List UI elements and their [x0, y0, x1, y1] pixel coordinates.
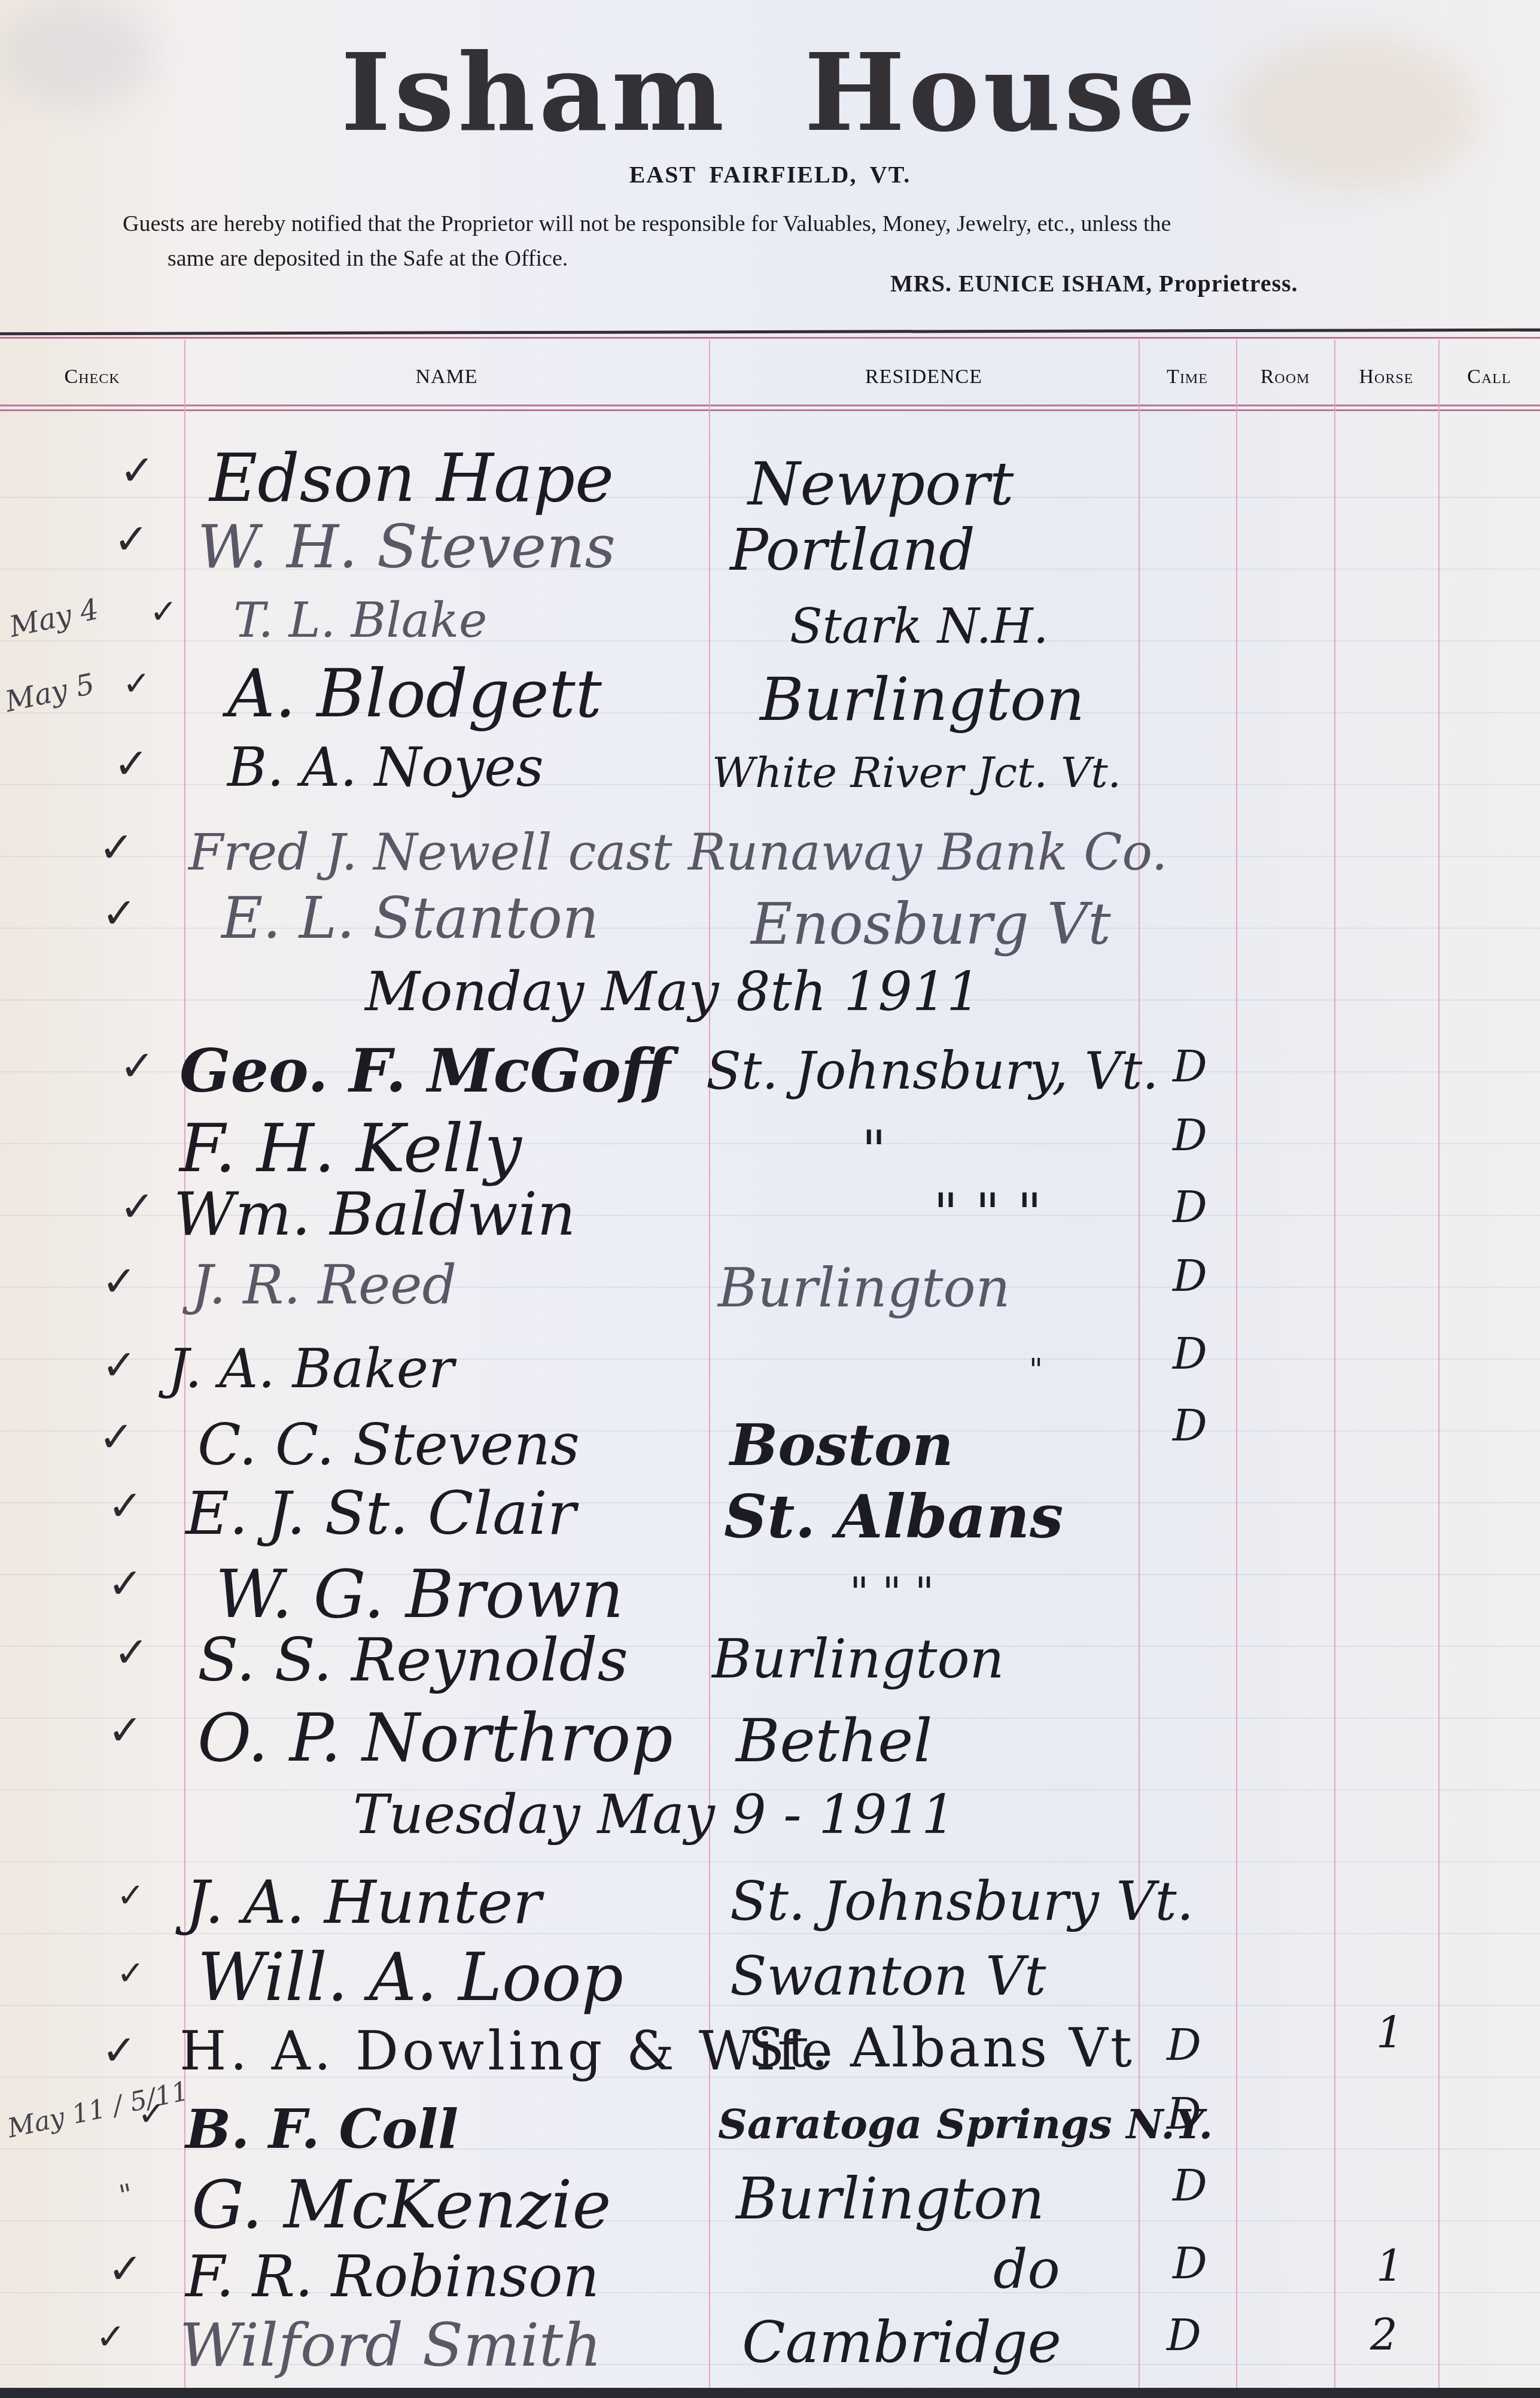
guest-residence: St. Johnsbury Vt.: [730, 1870, 1194, 1933]
ruled-line: [0, 640, 1540, 642]
check-mark: ✓: [114, 1628, 149, 1677]
guest-name: H. A. Dowling & Wife: [179, 2020, 836, 2083]
check-mark: ✓: [123, 664, 151, 703]
guest-residence: St. Albans: [724, 1481, 1063, 1552]
column-header-residence: RESIDENCE: [709, 359, 1139, 395]
check-mark: ✓: [117, 1954, 145, 1993]
register-title: Isham House: [0, 30, 1540, 155]
guest-name: S. S. Reynolds: [197, 1625, 628, 1695]
check-mark: ✓: [150, 592, 178, 631]
notice-line-1: Guests are hereby notified that the Prop…: [123, 211, 1171, 236]
time-meal-mark: D: [1173, 1110, 1207, 1160]
guest-residence: Newport: [748, 449, 1014, 519]
column-header-time: Time: [1139, 359, 1236, 395]
guest-name: A. Blodgett: [227, 655, 602, 732]
guest-name: Geo. F. McGoff: [179, 1035, 671, 1106]
check-mark: ✓: [102, 1257, 137, 1306]
horse-count: 1: [1376, 2241, 1404, 2291]
guest-name: W. G. Brown: [215, 1556, 623, 1633]
check-mark: ✓: [120, 1182, 155, 1231]
guest-name: G. McKenzie: [191, 2166, 611, 2243]
guest-residence: Swanton Vt: [730, 1945, 1046, 2008]
ruled-line: [0, 1861, 1540, 1862]
guest-name: J. A. Baker: [168, 1338, 454, 1400]
guest-residence: ": [862, 1119, 886, 1182]
column-header-name: NAME: [184, 359, 709, 395]
guest-residence: Burlington: [736, 2166, 1045, 2232]
header-rule-top-inner: [0, 337, 1540, 339]
guest-name: O. P. Northrop: [197, 1700, 673, 1776]
check-mark: ✓: [108, 1706, 143, 1755]
check-mark: ✓: [108, 1559, 143, 1608]
guest-residence: do: [993, 2238, 1060, 2301]
guest-residence: " " ": [933, 1182, 1042, 1245]
column-divider: [1334, 340, 1335, 2388]
guest-name: C. C. Stevens: [197, 1412, 580, 1478]
margin-ditto-mark: ": [116, 2177, 136, 2212]
guest-name: Fred J. Newell cast Runaway Bank Co.: [188, 823, 1167, 882]
header-rule-top: [0, 329, 1540, 336]
check-mark: ✓: [120, 446, 155, 495]
guest-name: Will. A. Loop: [197, 1939, 623, 2016]
date-heading-may-8: Monday May 8th 1911: [365, 961, 981, 1023]
check-mark: ✓: [99, 1412, 134, 1461]
hotel-location: EAST FAIRFIELD, VT.: [0, 160, 1540, 189]
guest-name: F. R. Robinson: [185, 2244, 599, 2310]
check-mark: ✓: [102, 1341, 137, 1390]
guest-residence: Boston: [730, 1412, 953, 1479]
margin-date-note: May 4: [7, 592, 102, 644]
register-page: Isham House EAST FAIRFIELD, VT. Guests a…: [0, 0, 1540, 2388]
column-divider: [1438, 340, 1439, 2388]
header-rule-bottom-inner: [0, 409, 1540, 411]
guest-name: Wm. Baldwin: [174, 1179, 576, 1249]
guest-residence: ": [1029, 1353, 1043, 1387]
guest-name: Edson Hape: [209, 440, 614, 516]
guest-residence: White River Jct. Vt.: [712, 748, 1121, 797]
guest-residence: Bethel: [736, 1706, 932, 1776]
check-mark: ✓: [108, 1481, 143, 1530]
proprietor-name: MRS. EUNICE ISHAM, Proprietress.: [890, 269, 1298, 297]
guest-name: E. L. Stanton: [221, 886, 599, 952]
guest-residence: Burlington: [718, 1257, 1011, 1320]
date-heading-may-9: Tuesday May 9 - 1911: [353, 1783, 955, 1846]
check-mark: ✓: [114, 515, 149, 564]
guest-residence: Saratoga Springs N.Y.: [718, 2101, 1213, 2148]
time-meal-mark: D: [1173, 1400, 1207, 1451]
column-divider: [1236, 340, 1237, 2388]
guest-residence: Burlington: [712, 1628, 1005, 1691]
column-header-check: Check: [0, 359, 184, 395]
time-meal-mark: D: [1167, 2089, 1201, 2139]
check-mark: ✓: [108, 2244, 143, 2293]
margin-date-note: May 5: [2, 667, 98, 719]
horse-count: 1: [1376, 2008, 1404, 2058]
guest-residence: Burlington: [760, 664, 1085, 734]
column-header-room: Room: [1236, 359, 1334, 395]
time-meal-mark: D: [1173, 2238, 1207, 2288]
check-mark: ✓: [102, 889, 137, 938]
time-meal-mark: D: [1173, 1251, 1207, 1301]
check-mark: ✓: [117, 1876, 145, 1915]
header-rule-bottom: [0, 405, 1540, 406]
guest-residence: Enosburg Vt: [751, 892, 1111, 958]
guest-residence: St. Albans Vt: [748, 2017, 1134, 2080]
guest-name: J. R. Reed: [191, 1254, 456, 1317]
guest-name: Wilford Smith: [179, 2310, 602, 2380]
guest-name: E. J. St. Clair: [185, 1478, 576, 1548]
guest-name: J. A. Hunter: [185, 1867, 541, 1937]
guest-name: B. F. Coll: [185, 2098, 458, 2161]
column-header-call: Call: [1438, 359, 1540, 395]
time-meal-mark: D: [1167, 2310, 1201, 2360]
time-meal-mark: D: [1173, 1041, 1207, 1092]
guest-residence: Cambridge: [742, 2310, 1061, 2376]
guest-residence: " " ": [850, 1568, 934, 1617]
guest-residence: St. Johnsbury, Vt.: [706, 1041, 1159, 1101]
check-mark: ✓: [99, 823, 134, 872]
guest-residence: Stark N.H.: [790, 598, 1048, 654]
guest-name: F. H. Kelly: [179, 1110, 522, 1187]
guest-name: B. A. Noyes: [227, 736, 544, 799]
check-mark: ✓: [120, 1041, 155, 1090]
check-mark: ✓: [102, 2026, 137, 2075]
time-meal-mark: D: [1167, 2020, 1201, 2070]
liability-notice: Guests are hereby notified that the Prop…: [123, 206, 1439, 276]
horse-count: 2: [1370, 2310, 1398, 2360]
guest-name: T. L. Blake: [233, 592, 487, 648]
book-edge: [0, 2388, 1540, 2398]
column-divider: [1139, 340, 1140, 2388]
time-meal-mark: D: [1173, 2160, 1207, 2211]
guest-residence: Portland: [730, 518, 975, 583]
check-mark: ✓: [114, 739, 149, 788]
time-meal-mark: D: [1173, 1329, 1207, 1379]
time-meal-mark: D: [1173, 1182, 1207, 1232]
check-mark: ✓: [96, 2316, 126, 2358]
check-mark: ✓: [138, 2095, 166, 2133]
column-header-horse: Horse: [1334, 359, 1438, 395]
guest-name: W. H. Stevens: [197, 512, 616, 582]
